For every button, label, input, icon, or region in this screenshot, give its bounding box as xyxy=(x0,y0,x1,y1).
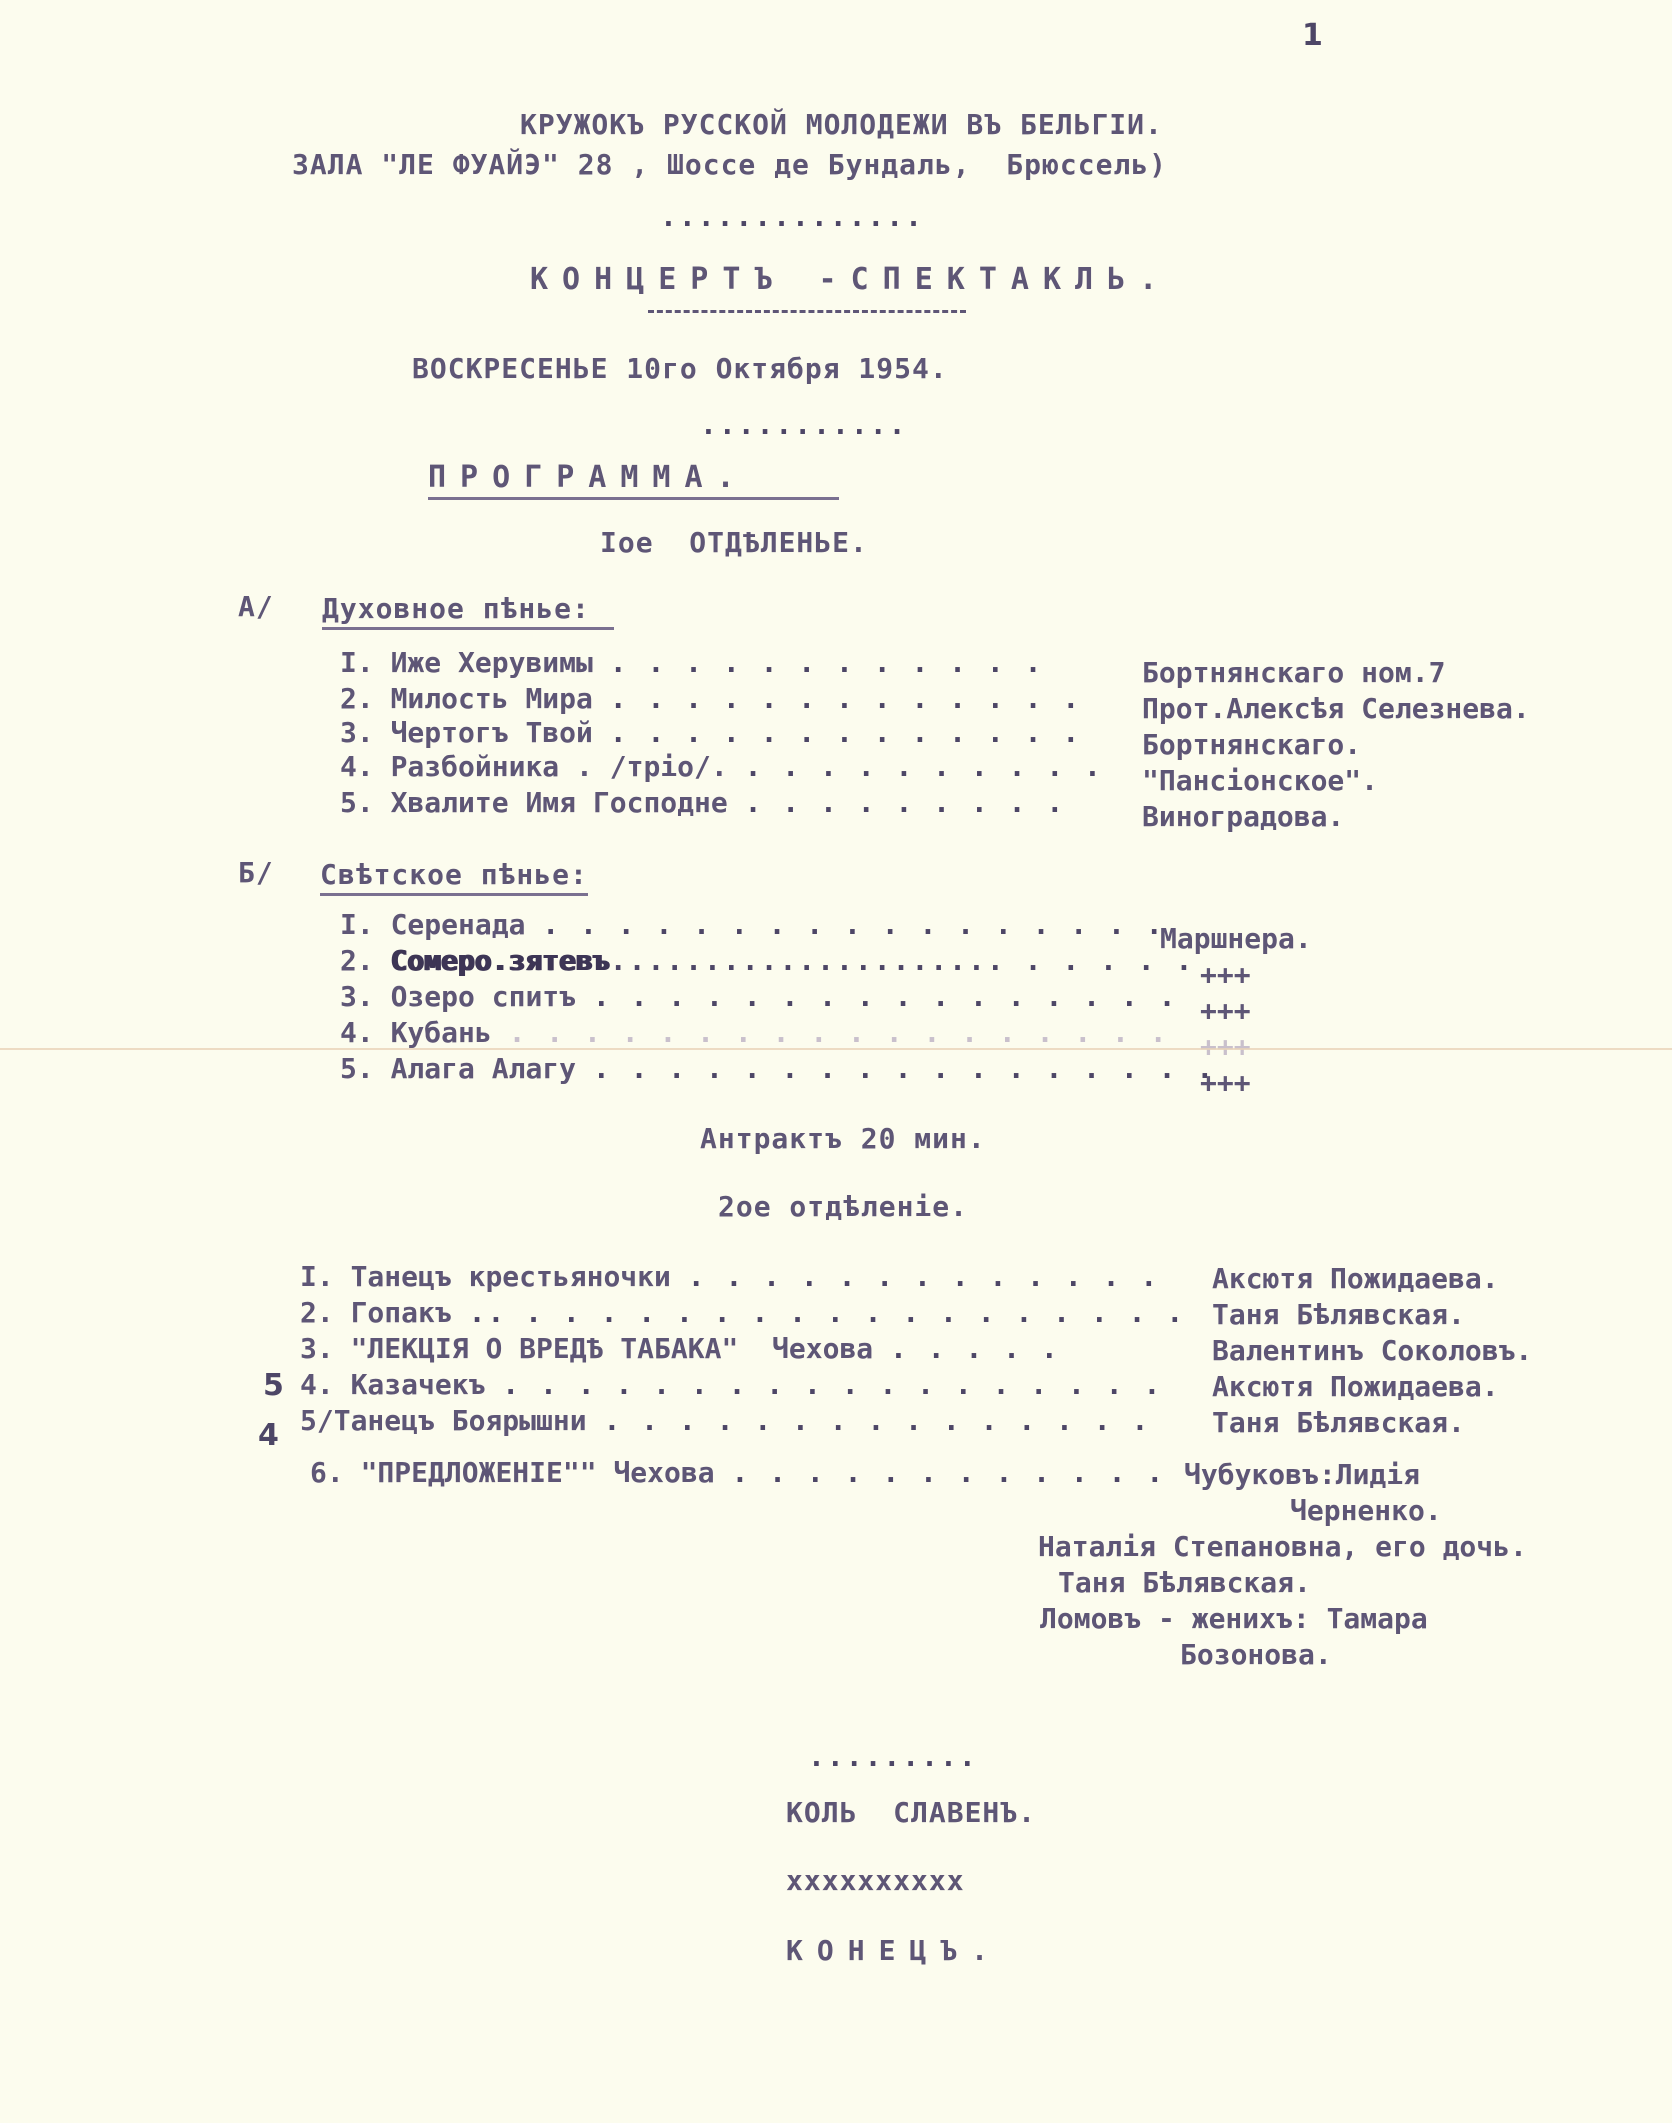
list-item: 2. Милость Мира . . . . . . . . . . . . … xyxy=(340,682,1081,715)
list-item: 4. Кубань . . . . . . . . . . . . . . . … xyxy=(340,1016,1169,1049)
end-title: КОНЕЦЪ. xyxy=(786,1934,1002,1967)
part1-title: Iое ОТДѢЛЕНЬЕ. xyxy=(600,526,868,559)
performer: Чубуковъ:Лидія xyxy=(1184,1458,1420,1491)
paper-fold-line xyxy=(0,1048,1672,1050)
composer: Виноградова. xyxy=(1142,800,1344,833)
list-item: 5/Танецъ Боярышни . . . . . . . . . . . … xyxy=(300,1404,1150,1437)
composer: Бортнянскаго. xyxy=(1142,728,1361,761)
event-title: КОНЦЕРТЪ -СПЕКТАКЛЬ. xyxy=(530,262,1171,297)
composer: Прот.Алексѣя Селезнева. xyxy=(1142,692,1530,725)
footer-divider: ......... xyxy=(808,1740,978,1773)
list-item: 4. Казачекъ . . . . . . . . . . . . . . … xyxy=(300,1368,1162,1401)
section-a-title: Духовное пѣнье: xyxy=(322,592,614,630)
list-item: 2. Гопакъ .. . . . . . . . . . . . . . .… xyxy=(300,1296,1185,1329)
section-b-title: Свѣтское пѣнье: xyxy=(320,858,588,896)
program-title: ПРОГРАММА. xyxy=(428,460,839,500)
divider-dots-2: ........... xyxy=(700,408,907,441)
list-item: 4. Разбойника . /тріо/. . . . . . . . . … xyxy=(340,750,1103,783)
cast-line: Наталія Степановна, его дочь. xyxy=(1038,1530,1527,1563)
performer: Валентинъ Соколовъ. xyxy=(1212,1334,1532,1367)
anthem-title: КОЛЬ СЛАВЕНЪ. xyxy=(786,1796,1036,1829)
program-sheet: 1 КРУЖОКЪ РУССКОЙ МОЛОДЕЖИ ВЪ БЕЛЬГІИ. З… xyxy=(0,0,1672,2123)
composer: +++ xyxy=(1200,958,1251,991)
composer: +++ xyxy=(1200,1066,1251,1099)
list-item: 3. Озеро спитъ . . . . . . . . . . . . .… xyxy=(340,980,1177,1013)
list-item: 5. Алага Алагу . . . . . . . . . . . . .… xyxy=(340,1052,1215,1085)
performer: Таня Бѣлявская. xyxy=(1212,1298,1465,1331)
cast-line: Черненко. xyxy=(1290,1494,1442,1527)
handwritten-number: 5 xyxy=(263,1368,284,1403)
section-b-marker: Б/ xyxy=(238,856,274,889)
divider-dots: .............. xyxy=(660,200,924,233)
page-number-mark: 1 xyxy=(1302,18,1323,53)
cast-line: Таня Бѣлявская. xyxy=(1058,1566,1311,1599)
org-title: КРУЖОКЪ РУССКОЙ МОЛОДЕЖИ ВЪ БЕЛЬГІИ. xyxy=(520,108,1163,141)
composer: "Пансіонское". xyxy=(1142,764,1378,797)
intermission: Антрактъ 20 мин. xyxy=(700,1122,986,1155)
performer: Аксютя Пожидаева. xyxy=(1212,1262,1499,1295)
list-item: I. Танецъ крестьяночки . . . . . . . . .… xyxy=(300,1260,1159,1293)
event-date: ВОСКРЕСЕНЬЕ 10го Октября 1954. xyxy=(412,352,948,385)
handwritten-number: 4 xyxy=(258,1418,279,1453)
list-item: 2. Сомеро.зятевъ..................... . … xyxy=(340,944,1194,977)
list-item: I. Иже Херувимы . . . . . . . . . . . . xyxy=(340,646,1043,679)
list-item: 5. Хвалите Имя Господне . . . . . . . . … xyxy=(340,786,1065,819)
event-underline xyxy=(648,310,966,313)
performer: Таня Бѣлявская. xyxy=(1212,1406,1465,1439)
list-item: 3. "ЛЕКЦІЯ О ВРЕДѢ ТАБАКА" Чехова . . . … xyxy=(300,1332,1060,1365)
part2-title: 2ое отдѣленіе. xyxy=(718,1190,968,1223)
xs-divider: xxxxxxxxxx xyxy=(786,1864,965,1897)
section-a-marker: А/ xyxy=(238,590,274,623)
performer: Аксютя Пожидаева. xyxy=(1212,1370,1499,1403)
list-item: 6. "ПРЕДЛОЖЕНІЕ"" Чехова . . . . . . . .… xyxy=(310,1456,1165,1489)
list-item: 3. Чертогъ Твой . . . . . . . . . . . . … xyxy=(340,716,1081,749)
composer: +++ xyxy=(1200,994,1251,1027)
list-item: I. Серенада . . . . . . . . . . . . . . … xyxy=(340,908,1165,941)
venue-line: ЗАЛА "ЛЕ ФУАЙЭ" 28 , Шоссе де Бундаль, Б… xyxy=(292,148,1167,181)
cast-line: Бозонова. xyxy=(1180,1638,1332,1671)
cast-line: Ломовъ - женихъ: Тамара xyxy=(1040,1602,1428,1635)
composer: Бортнянскаго ном.7 xyxy=(1142,656,1445,689)
